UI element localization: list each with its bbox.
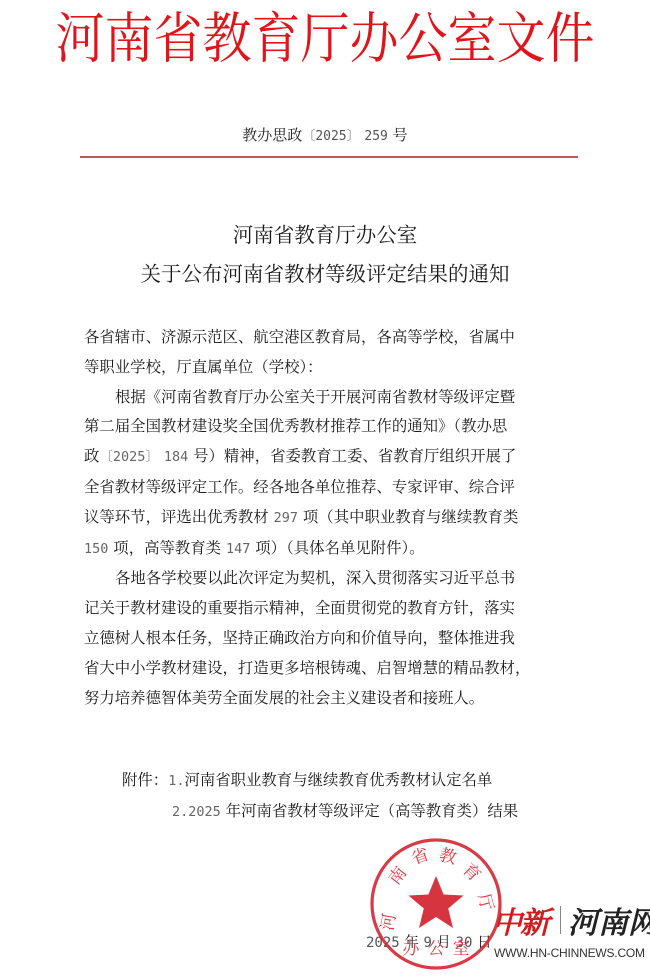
attachments-list: 附件：1.河南省职业教育与继续教育优秀教材认定名单 2.2025 年河南省教材等…	[122, 766, 518, 827]
text-segment: 项）（具体名单见附件）。	[255, 539, 424, 557]
paragraph-line: 第二届全国教材建设奖全国优秀教材推荐工作的通知》（教办思	[84, 412, 604, 442]
paragraph-line: 全省教材等级评定工作。经各地各单位推荐、专家评审、综合评	[84, 473, 604, 503]
seal-char: 室	[453, 939, 470, 959]
seal-char: 河	[378, 912, 401, 932]
doc-number-year: 〔2025〕	[302, 129, 359, 144]
addressee-line: 各省辖市、济源示范区、航空港区教育局，各高等学校，省属中	[84, 323, 604, 353]
official-seal-stamp: 河 南 省 教 育 厅 办 公 室	[368, 836, 504, 972]
body-paragraph-2: 各地各学校要以此次评定为契机，深入贯彻落实习近平总书 记关于教材建设的重要指示精…	[84, 564, 604, 713]
attachment-item-2: 2.2025 年河南省教材等级评定（高等教育类）结果	[122, 797, 518, 828]
body-paragraph-1: 根据《河南省教育厅办公室关于开展河南省教材等级评定暨 第二届全国教材建设奖全国优…	[84, 383, 604, 565]
seal-char: 省	[409, 845, 432, 870]
notice-issuer-title: 河南省教育厅办公室	[0, 218, 650, 248]
document-masthead: 河南省教育厅办公室文件	[0, 6, 650, 73]
document-number: 教办思政〔2025〕 259 号	[0, 124, 650, 145]
higher-ed-count: 147	[226, 541, 250, 557]
text-segment: 项，高等教育类	[113, 539, 221, 557]
seal-char: 厅	[473, 891, 497, 913]
red-divider-line	[80, 156, 578, 158]
vocational-count: 150	[84, 541, 108, 557]
text-segment: 号）精神，省委教育工委、省教育厅组织开展了	[193, 447, 516, 465]
logo-divider	[560, 906, 561, 934]
doc-number-prefix: 教办思政	[242, 126, 302, 144]
paragraph-line: 根据《河南省教育厅办公室关于开展河南省教材等级评定暨	[84, 383, 604, 413]
paragraph-line: 立德树人根本任务，坚持正确政治方向和价值导向，整体推进我	[84, 624, 604, 654]
seal-char: 办	[403, 939, 421, 959]
paragraph-line: 议等环节，评选出优秀教材 297 项（其中职业教育与继续教育类	[84, 503, 604, 534]
attachment-title: 河南省职业教育与继续教育优秀教材认定名单	[184, 771, 492, 789]
notice-body: 各省辖市、济源示范区、航空港区教育局，各高等学校，省属中 等职业学校，厅直属单位…	[84, 323, 604, 713]
notice-subject-title: 关于公布河南省教材等级评定结果的通知	[0, 257, 650, 287]
paragraph-line: 政〔2025〕 184 号）精神，省委教育工委、省教育厅组织开展了	[84, 442, 604, 473]
seal-char: 育	[458, 860, 484, 886]
text-segment: 议等环节，评选出优秀教材	[84, 508, 269, 526]
seal-char: 公	[428, 939, 445, 959]
addressee-paragraph: 各省辖市、济源示范区、航空港区教育局，各高等学校，省属中 等职业学校，厅直属单位…	[84, 323, 604, 383]
attachment-number: 2.2025	[172, 804, 221, 820]
paragraph-line: 努力培养德智体美劳全面发展的社会主义建设者和接班人。	[84, 684, 604, 714]
attachments-label: 附件：	[122, 771, 168, 789]
paragraph-line: 省大中小学教材建设，打造更多培根铸魂、启智增慧的精品教材，	[84, 654, 604, 684]
doc-number-value: 259	[364, 129, 387, 144]
paragraph-line: 各地各学校要以此次评定为契机，深入贯彻落实习近平总书	[84, 564, 604, 594]
paragraph-line: 150 项，高等教育类 147 项）（具体名单见附件）。	[84, 534, 604, 565]
doc-number-ref: 184	[164, 449, 188, 465]
attachment-number: 1.	[168, 773, 184, 789]
seal-char: 教	[437, 845, 459, 869]
seal-star-icon	[409, 876, 464, 928]
text-segment: 政	[84, 447, 99, 465]
paragraph-line: 记关于教材建设的重要指示精神，全面贯彻党的教育方针，落实	[84, 594, 604, 624]
text-segment: 项（其中职业教育与继续教育类	[303, 508, 518, 526]
news-watermark-logo: 中新 河南网 WWW.HN-CHINNEWS.COM	[488, 898, 650, 968]
total-count: 297	[274, 510, 298, 526]
doc-number-suffix: 号	[393, 126, 408, 144]
seal-char: 南	[385, 863, 411, 889]
brand-region: 河南网	[568, 898, 650, 942]
addressee-line: 等职业学校，厅直属单位（学校）：	[84, 353, 604, 383]
watermark-url: WWW.HN-CHINNEWS.COM	[494, 946, 645, 960]
attachment-item-1: 附件：1.河南省职业教育与继续教育优秀教材认定名单	[122, 766, 518, 797]
attachment-title: 年河南省教材等级评定（高等教育类）结果	[226, 802, 518, 820]
doc-year-ref: 〔2025〕	[99, 449, 159, 465]
